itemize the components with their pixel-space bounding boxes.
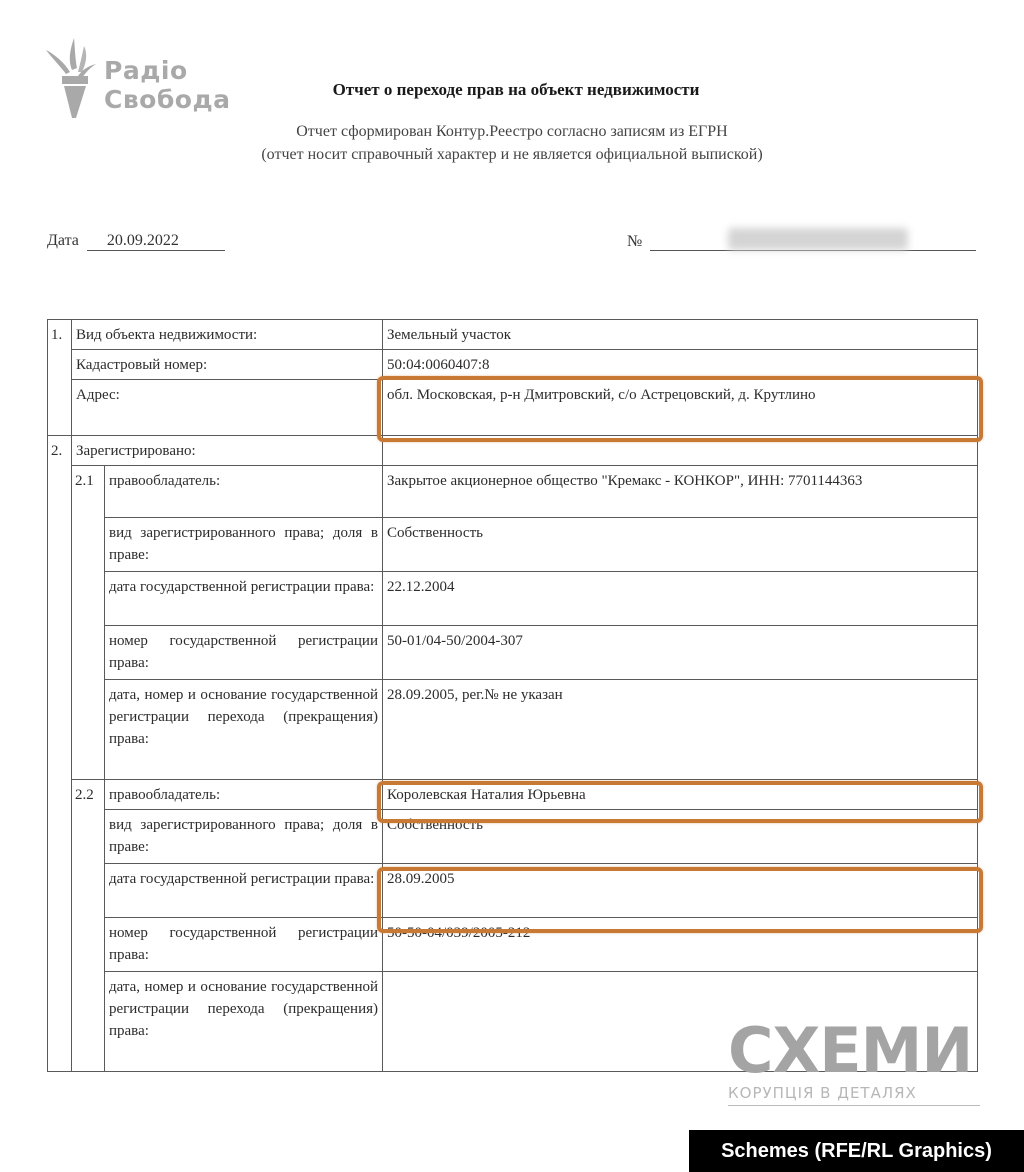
table-row: 1. Вид объекта недвижимости: Земельный у… <box>48 320 978 350</box>
row-label: дата государственной регистрации права: <box>105 864 383 918</box>
row-label: вид зарегистрированного права; доля в пр… <box>105 518 383 572</box>
owner-highlight <box>377 781 983 823</box>
table-row: Кадастровый номер: 50:04:0060407:8 <box>48 350 978 380</box>
row-label: Адрес: <box>72 380 383 436</box>
row-value: Земельный участок <box>383 320 978 350</box>
row-label: дата государственной регистрации права: <box>105 572 383 626</box>
row-label: Зарегистрировано: <box>72 436 383 466</box>
date-value: 20.09.2022 <box>87 232 225 251</box>
radio-svoboda-logo: Радіо Свобода <box>44 34 234 124</box>
row-value: Закрытое акционерное общество "Кремакс -… <box>383 466 978 518</box>
date-field: Дата 20.09.2022 <box>47 232 225 251</box>
row-value: 50-01/04-50/2004-307 <box>383 626 978 680</box>
section-number: 2. <box>48 436 72 1072</box>
table-row: дата государственной регистрации права: … <box>48 572 978 626</box>
report-subtitle: Отчет сформирован Контур.Реестро согласн… <box>0 123 1024 141</box>
number-label: № <box>627 233 642 250</box>
row-label: правообладатель: <box>105 780 383 810</box>
table-row: номер государственной регистрации права:… <box>48 626 978 680</box>
row-label: Кадастровый номер: <box>72 350 383 380</box>
watermark-tagline: КОРУПЦІЯ В ДЕТАЛЯХ <box>728 1084 980 1106</box>
section-number: 1. <box>48 320 72 436</box>
redacted-number <box>728 228 908 250</box>
address-highlight <box>377 376 983 442</box>
number-value-line <box>650 232 976 251</box>
torch-icon <box>44 34 104 124</box>
watermark-title: СХЕМИ <box>728 1016 980 1086</box>
skhemy-watermark: СХЕМИ КОРУПЦІЯ В ДЕТАЛЯХ <box>728 1016 980 1106</box>
row-label: номер государственной регистрации права: <box>105 918 383 972</box>
row-value: 28.09.2005, рег.№ не указан <box>383 680 978 780</box>
row-value: 50:04:0060407:8 <box>383 350 978 380</box>
row-value: Собственность <box>383 518 978 572</box>
row-label: вид зарегистрированного права; доля в пр… <box>105 810 383 864</box>
number-field: № <box>627 232 976 251</box>
row-value: 22.12.2004 <box>383 572 978 626</box>
registration-date-highlight <box>377 867 983 933</box>
holder-number: 2.1 <box>72 466 105 780</box>
date-label: Дата <box>47 232 79 249</box>
image-credit: Schemes (RFE/RL Graphics) <box>689 1130 1024 1172</box>
table-row: дата, номер и основание государственной … <box>48 680 978 780</box>
report-title: Отчет о переходе прав на объект недвижим… <box>0 80 1024 100</box>
holder-number: 2.2 <box>72 780 105 1072</box>
row-label: правообладатель: <box>105 466 383 518</box>
row-label: номер государственной регистрации права: <box>105 626 383 680</box>
row-label: Вид объекта недвижимости: <box>72 320 383 350</box>
row-label: дата, номер и основание государственной … <box>105 680 383 780</box>
table-row: вид зарегистрированного права; доля в пр… <box>48 518 978 572</box>
table-row: 2.1 правообладатель: Закрытое акционерно… <box>48 466 978 518</box>
report-disclaimer: (отчет носит справочный характер и не яв… <box>0 146 1024 164</box>
row-label: дата, номер и основание государственной … <box>105 972 383 1072</box>
